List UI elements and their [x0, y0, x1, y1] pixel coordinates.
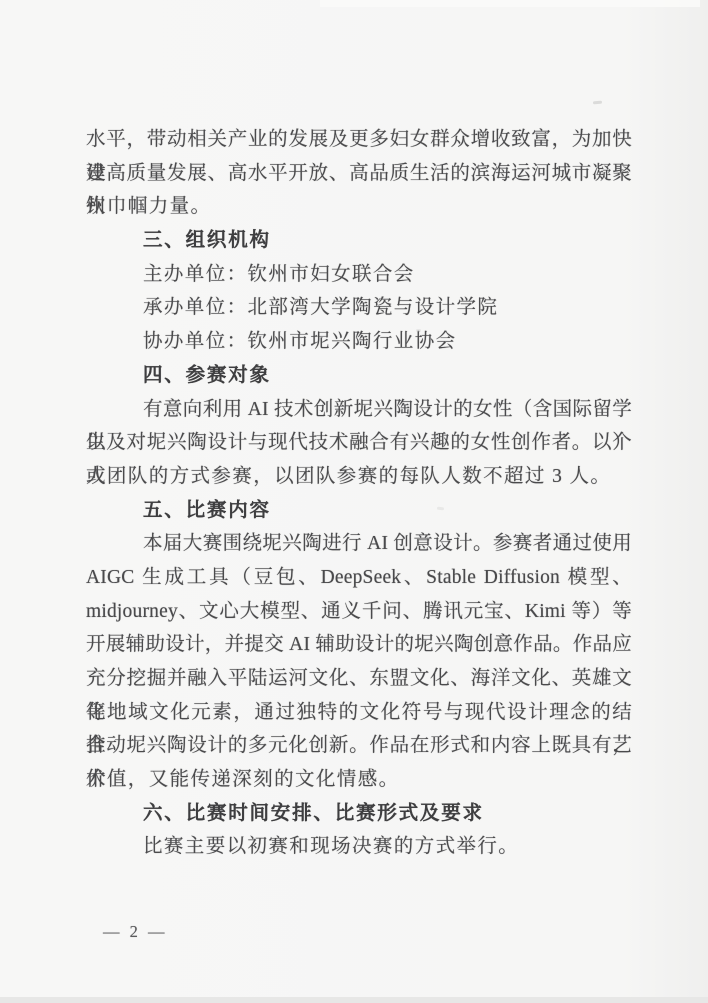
page-number: — 2 —: [103, 922, 168, 942]
text-line: 州巾帼力量。: [86, 190, 632, 224]
scan-artifact: [437, 507, 444, 511]
text-line: midjourney、文心大模型、通义千问、腾讯元宝、Kimi 等）等: [86, 595, 632, 629]
text-line: 充分挖掘并融入平陆运河文化、东盟文化、海洋文化、英雄文化: [86, 662, 632, 696]
scan-light-band: [320, 0, 700, 7]
text-line: 等地域文化元素，通过独特的文化符号与现代设计理念的结合，: [86, 696, 632, 730]
text-line: 比赛主要以初赛和现场决赛的方式举行。: [86, 830, 632, 864]
text-line: 承办单位：北部湾大学陶瓷与设计学院: [86, 291, 632, 325]
scan-bottom-edge: [0, 997, 708, 1003]
scan-artifact: [593, 101, 602, 105]
text-line: 水平，带动相关产业的发展及更多妇女群众增收致富，为加快建: [86, 123, 632, 157]
scan-artifact: [416, 329, 421, 332]
text-line: 主办单位：钦州市妇女联合会: [86, 258, 632, 292]
text-line: 以及对坭兴陶设计与现代技术融合有兴趣的女性创作者。以个人: [86, 426, 632, 460]
text-line: AIGC 生成工具（豆包、DeepSeek、Stable Diffusion 模…: [86, 561, 632, 595]
text-line: 三、组织机构: [86, 224, 632, 258]
text-line: 四、参赛对象: [86, 359, 632, 393]
text-line: 推动坭兴陶设计的多元化创新。作品在形式和内容上既具有艺术: [86, 729, 632, 763]
text-line: 或团队的方式参赛，以团队参赛的每队人数不超过 3 人。: [86, 460, 632, 494]
scanned-document-page: 水平，带动相关产业的发展及更多妇女群众增收致富，为加快建设高质量发展、高水平开放…: [0, 0, 708, 1003]
text-line: 本届大赛围绕坭兴陶进行 AI 创意设计。参赛者通过使用: [86, 527, 632, 561]
text-line: 有意向利用 AI 技术创新坭兴陶设计的女性（含国际留学生）: [86, 393, 632, 427]
text-line: 设高质量发展、高水平开放、高品质生活的滨海运河城市凝聚钦: [86, 157, 632, 191]
text-line: 五、比赛内容: [86, 494, 632, 528]
document-body: 水平，带动相关产业的发展及更多妇女群众增收致富，为加快建设高质量发展、高水平开放…: [86, 123, 632, 864]
text-line: 开展辅助设计，并提交 AI 辅助设计的坭兴陶创意作品。作品应: [86, 628, 632, 662]
text-line: 六、比赛时间安排、比赛形式及要求: [86, 797, 632, 831]
text-line: 价值，又能传递深刻的文化情感。: [86, 763, 632, 797]
text-line: 协办单位：钦州市坭兴陶行业协会: [86, 325, 632, 359]
